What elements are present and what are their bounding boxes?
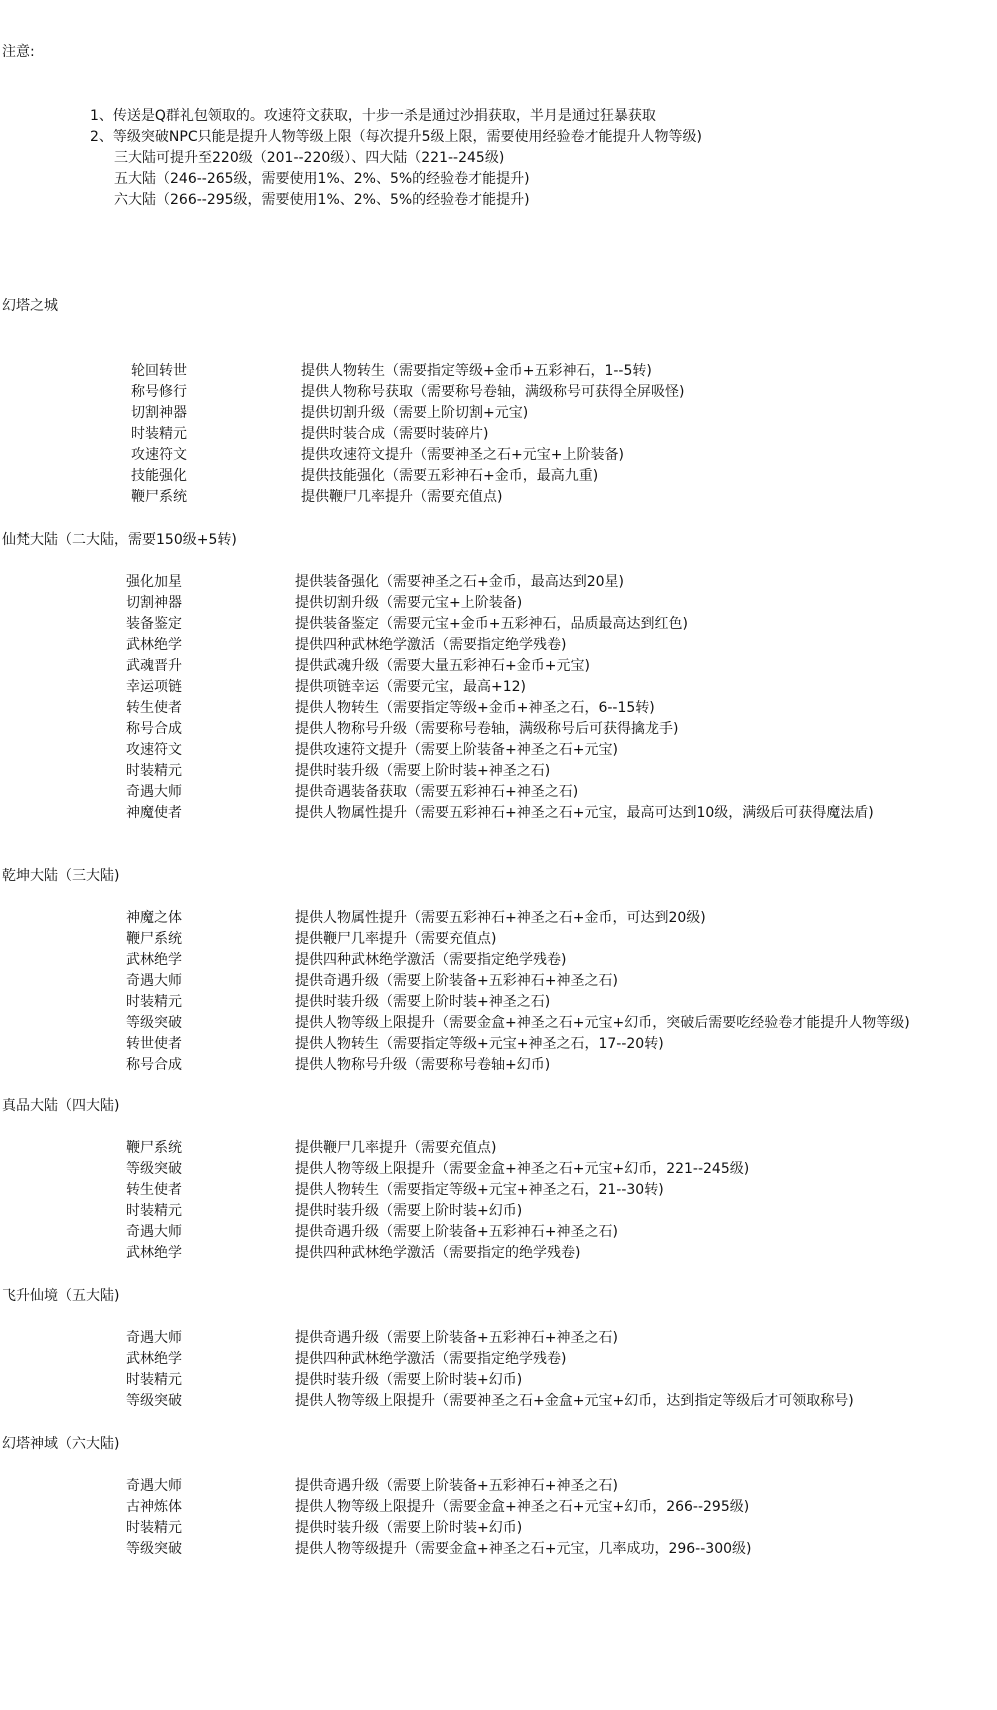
notice-line: 1、传送是Q群礼包领取的。攻速符文获取，十步一杀是通过沙捐获取，半月是通过狂暴获… [90,106,656,126]
npc-desc: 提供奇遇升级（需要上阶装备+五彩神石+神圣之石) [295,971,618,991]
npc-desc: 提供人物属性提升（需要五彩神石+神圣之石+元宝，最高可达到10级，满级后可获得魔… [295,803,874,823]
npc-desc: 提供攻速符文提升（需要神圣之石+元宝+上阶装备) [301,445,624,465]
npc-desc: 提供时装合成（需要时装碎片) [301,424,488,444]
notice-line: 三大陆可提升至220级（201--220级）、四大陆（221--245级) [114,148,504,168]
npc-desc: 提供奇遇升级（需要上阶装备+五彩神石+神圣之石) [295,1328,618,1348]
npc-desc: 提供鞭尸几率提升（需要充值点) [295,1138,496,1158]
section-title: 幻塔神域（六大陆) [2,1434,119,1454]
npc-name: 神魔之体 [126,908,182,928]
npc-desc: 提供鞭尸几率提升（需要充值点) [301,487,502,507]
npc-name: 幸运项链 [126,677,182,697]
notice-line: 五大陆（246--265级，需要使用1%、2%、5%的经验卷才能提升) [114,169,530,189]
npc-name: 时装精元 [131,424,187,444]
npc-name: 攻速符文 [126,740,182,760]
npc-desc: 提供奇遇装备获取（需要五彩神石+神圣之石) [295,782,578,802]
npc-desc: 提供奇遇升级（需要上阶装备+五彩神石+神圣之石) [295,1476,618,1496]
npc-desc: 提供人物属性提升（需要五彩神石+神圣之石+金币，可达到20级) [295,908,706,928]
npc-desc: 提供时装升级（需要上阶时装+幻币) [295,1518,522,1538]
npc-name: 装备鉴定 [126,614,182,634]
notice-line: 六大陆（266--295级，需要使用1%、2%、5%的经验卷才能提升) [114,190,530,210]
npc-desc: 提供装备强化（需要神圣之石+金币，最高达到20星) [295,572,624,592]
npc-name: 武林绝学 [126,1349,182,1369]
section-title: 飞升仙境（五大陆) [2,1286,119,1306]
npc-name: 转世使者 [126,1034,182,1054]
npc-desc: 提供人物转生（需要指定等级+元宝+神圣之石，21--30转) [295,1180,664,1200]
npc-name: 神魔使者 [126,803,182,823]
npc-desc: 提供时装升级（需要上阶时装+神圣之石) [295,992,550,1012]
npc-name: 武林绝学 [126,950,182,970]
section-title: 仙梵大陆（二大陆，需要150级+5转) [2,530,237,550]
npc-desc: 提供切割升级（需要上阶切割+元宝) [301,403,528,423]
npc-desc: 提供四种武林绝学激活（需要指定绝学残卷) [295,950,566,970]
npc-name: 武林绝学 [126,1243,182,1263]
npc-name: 等级突破 [126,1159,182,1179]
npc-name: 鞭尸系统 [126,1138,182,1158]
npc-desc: 提供人物转生（需要指定等级+金币+神圣之石，6--15转) [295,698,655,718]
npc-name: 转生使者 [126,698,182,718]
npc-desc: 提供四种武林绝学激活（需要指定绝学残卷) [295,1349,566,1369]
npc-desc: 提供时装升级（需要上阶时装+幻币) [295,1201,522,1221]
npc-name: 时装精元 [126,761,182,781]
npc-name: 等级突破 [126,1391,182,1411]
npc-desc: 提供人物等级上限提升（需要金盒+神圣之石+元宝+幻币，266--295级) [295,1497,749,1517]
npc-name: 奇遇大师 [126,971,182,991]
npc-name: 奇遇大师 [126,1222,182,1242]
npc-desc: 提供时装升级（需要上阶时装+神圣之石) [295,761,550,781]
npc-name: 切割神器 [131,403,187,423]
npc-desc: 提供技能强化（需要五彩神石+金币，最高九重) [301,466,598,486]
npc-desc: 提供人物称号升级（需要称号卷轴+幻币) [295,1055,550,1075]
npc-desc: 提供攻速符文提升（需要上阶装备+神圣之石+元宝) [295,740,618,760]
npc-name: 称号合成 [126,719,182,739]
npc-desc: 提供装备鉴定（需要元宝+金币+五彩神石，品质最高达到红色) [295,614,688,634]
section-title: 幻塔之城 [2,296,58,316]
section-title: 真品大陆（四大陆) [2,1096,119,1116]
npc-desc: 提供时装升级（需要上阶时装+幻币) [295,1370,522,1390]
npc-desc: 提供奇遇升级（需要上阶装备+五彩神石+神圣之石) [295,1222,618,1242]
npc-name: 时装精元 [126,992,182,1012]
npc-name: 等级突破 [126,1013,182,1033]
npc-name: 时装精元 [126,1201,182,1221]
npc-name: 称号修行 [131,382,187,402]
npc-name: 奇遇大师 [126,782,182,802]
npc-name: 转生使者 [126,1180,182,1200]
npc-desc: 提供武魂升级（需要大量五彩神石+金币+元宝) [295,656,590,676]
npc-desc: 提供四种武林绝学激活（需要指定的绝学残卷) [295,1243,580,1263]
section-title: 乾坤大陆（三大陆) [2,866,119,886]
npc-name: 奇遇大师 [126,1476,182,1496]
npc-name: 强化加星 [126,572,182,592]
npc-name: 时装精元 [126,1370,182,1390]
npc-desc: 提供人物等级上限提升（需要金盒+神圣之石+元宝+幻币，突破后需要吃经验卷才能提升… [295,1013,910,1033]
npc-name: 等级突破 [126,1539,182,1559]
npc-desc: 提供人物称号获取（需要称号卷轴，满级称号可获得全屏吸怪) [301,382,684,402]
npc-name: 古神炼体 [126,1497,182,1517]
npc-name: 鞭尸系统 [126,929,182,949]
npc-desc: 提供鞭尸几率提升（需要充值点) [295,929,496,949]
npc-desc: 提供人物等级提升（需要金盒+神圣之石+元宝，几率成功，296--300级) [295,1539,751,1559]
npc-desc: 提供人物称号升级（需要称号卷轴，满级称号后可获得擒龙手) [295,719,678,739]
npc-name: 武魂晋升 [126,656,182,676]
npc-desc: 提供项链幸运（需要元宝，最高+12) [295,677,526,697]
npc-name: 轮回转世 [131,361,187,381]
npc-desc: 提供人物转生（需要指定等级+金币+五彩神石，1--5转) [301,361,652,381]
npc-name: 称号合成 [126,1055,182,1075]
npc-name: 攻速符文 [131,445,187,465]
npc-name: 时装精元 [126,1518,182,1538]
npc-desc: 提供人物等级上限提升（需要金盒+神圣之石+元宝+幻币，221--245级) [295,1159,749,1179]
npc-desc: 提供四种武林绝学激活（需要指定绝学残卷) [295,635,566,655]
npc-name: 鞭尸系统 [131,487,187,507]
npc-desc: 提供人物转生（需要指定等级+元宝+神圣之石，17--20转) [295,1034,664,1054]
notice-title: 注意: [2,42,35,62]
npc-name: 奇遇大师 [126,1328,182,1348]
npc-name: 武林绝学 [126,635,182,655]
npc-name: 技能强化 [131,466,187,486]
npc-desc: 提供切割升级（需要元宝+上阶装备) [295,593,522,613]
npc-desc: 提供人物等级上限提升（需要神圣之石+金盒+元宝+幻币，达到指定等级后才可领取称号… [295,1391,854,1411]
notice-line: 2、等级突破NPC只能是提升人物等级上限（每次提升5级上限，需要使用经验卷才能提… [90,127,702,147]
npc-name: 切割神器 [126,593,182,613]
